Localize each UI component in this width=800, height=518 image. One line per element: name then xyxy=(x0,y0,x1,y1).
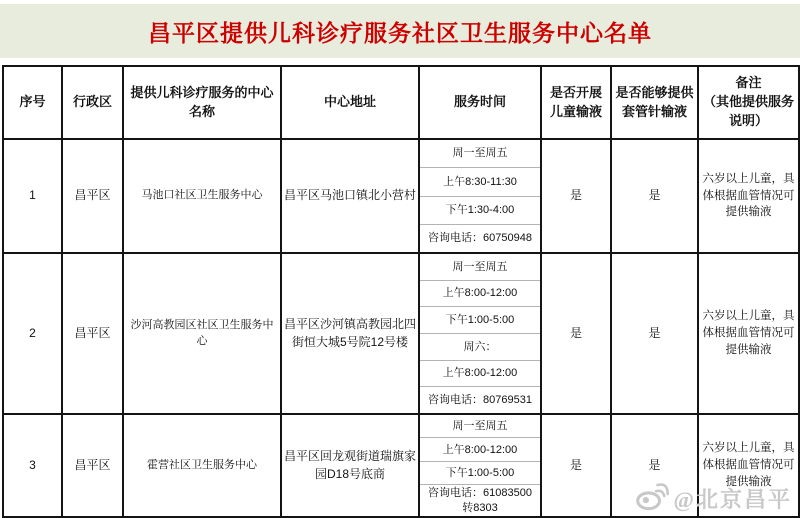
catheter-infusion-cell: 是 xyxy=(611,414,698,517)
center-name-cell: 霍营社区卫生服务中心 xyxy=(123,414,281,517)
schedule-item: 下午1:00-5:00 xyxy=(420,307,540,334)
header-serial: 序号 xyxy=(3,66,62,139)
header-district: 行政区 xyxy=(62,66,123,139)
schedule-item: 上午8:00-12:00 xyxy=(420,438,540,461)
header-child-infusion: 是否开展儿童输液 xyxy=(541,66,611,139)
address-cell: 昌平区沙河镇高教园北四街恒大城5号院12号楼 xyxy=(281,253,419,414)
schedule-item: 周一至周五 xyxy=(420,415,540,438)
header-catheter-infusion: 是否能够提供套管针输液 xyxy=(611,66,698,139)
table-row: 3 昌平区 霍营社区卫生服务中心 昌平区回龙观街道瑞旗家园D18号底商 周一至周… xyxy=(3,414,799,517)
header-service-time: 服务时间 xyxy=(419,66,541,139)
remark-cell: 六岁以上儿童，具体根据血管情况可提供输液 xyxy=(698,414,799,517)
table-row: 2 昌平区 沙河高教园区社区卫生服务中心 昌平区沙河镇高教园北四街恒大城5号院1… xyxy=(3,253,799,414)
remark-cell: 六岁以上儿童，具体根据血管情况可提供输液 xyxy=(698,139,799,253)
health-centers-table: 序号 行政区 提供儿科诊疗服务的中心名称 中心地址 服务时间 是否开展儿童输液 … xyxy=(2,65,800,518)
schedule-list: 周一至周五 上午8:00-12:00 下午1:00-5:00 咨询电话：6108… xyxy=(420,415,540,516)
remark-cell: 六岁以上儿童，具体根据血管情况可提供输液 xyxy=(698,253,799,414)
schedule-item: 周六： xyxy=(420,334,540,361)
schedule-item: 咨询电话：60750948 xyxy=(420,225,540,252)
district-cell: 昌平区 xyxy=(62,414,123,517)
child-infusion-cell: 是 xyxy=(541,253,611,414)
address-cell: 昌平区马池口镇北小营村 xyxy=(281,139,419,253)
district-cell: 昌平区 xyxy=(62,253,123,414)
schedule-item: 下午1:30-4:00 xyxy=(420,197,540,225)
district-cell: 昌平区 xyxy=(62,139,123,253)
catheter-infusion-cell: 是 xyxy=(611,253,698,414)
page: 昌平区提供儿科诊疗服务社区卫生服务中心名单 序号 行政区 提供儿科诊疗服务的中心… xyxy=(0,0,800,518)
table-row: 1 昌平区 马池口社区卫生服务中心 昌平区马池口镇北小营村 周一至周五 上午8:… xyxy=(3,139,799,253)
schedule-item: 咨询电话：80769531 xyxy=(420,387,540,413)
catheter-infusion-cell: 是 xyxy=(611,139,698,253)
address-cell: 昌平区回龙观街道瑞旗家园D18号底商 xyxy=(281,414,419,517)
service-time-cell: 周一至周五 上午8:30-11:30 下午1:30-4:00 咨询电话：6075… xyxy=(419,139,541,253)
schedule-item: 周一至周五 xyxy=(420,254,540,281)
center-name-cell: 马池口社区卫生服务中心 xyxy=(123,139,281,253)
schedule-item: 上午8:00-12:00 xyxy=(420,281,540,308)
page-title: 昌平区提供儿科诊疗服务社区卫生服务中心名单 xyxy=(148,15,652,48)
title-band: 昌平区提供儿科诊疗服务社区卫生服务中心名单 xyxy=(0,4,800,58)
schedule-item: 上午8:30-11:30 xyxy=(420,168,540,196)
child-infusion-cell: 是 xyxy=(541,139,611,253)
serial-cell: 2 xyxy=(3,253,62,414)
schedule-list: 周一至周五 上午8:30-11:30 下午1:30-4:00 咨询电话：6075… xyxy=(420,140,540,252)
schedule-item: 上午8:00-12:00 xyxy=(420,361,540,388)
schedule-item: 咨询电话：61083500转8303 xyxy=(420,485,540,516)
header-address: 中心地址 xyxy=(281,66,419,139)
header-remark: 备注 （其他提供服务说明） xyxy=(698,66,799,139)
serial-cell: 1 xyxy=(3,139,62,253)
table-header-row: 序号 行政区 提供儿科诊疗服务的中心名称 中心地址 服务时间 是否开展儿童输液 … xyxy=(3,66,799,139)
service-time-cell: 周一至周五 上午8:00-12:00 下午1:00-5:00 咨询电话：6108… xyxy=(419,414,541,517)
child-infusion-cell: 是 xyxy=(541,414,611,517)
schedule-list: 周一至周五 上午8:00-12:00 下午1:00-5:00 周六： 上午8:0… xyxy=(420,254,540,413)
serial-cell: 3 xyxy=(3,414,62,517)
service-time-cell: 周一至周五 上午8:00-12:00 下午1:00-5:00 周六： 上午8:0… xyxy=(419,253,541,414)
schedule-item: 周一至周五 xyxy=(420,140,540,168)
header-center-name: 提供儿科诊疗服务的中心名称 xyxy=(123,66,281,139)
schedule-item: 下午1:00-5:00 xyxy=(420,462,540,485)
center-name-cell: 沙河高教园区社区卫生服务中心 xyxy=(123,253,281,414)
